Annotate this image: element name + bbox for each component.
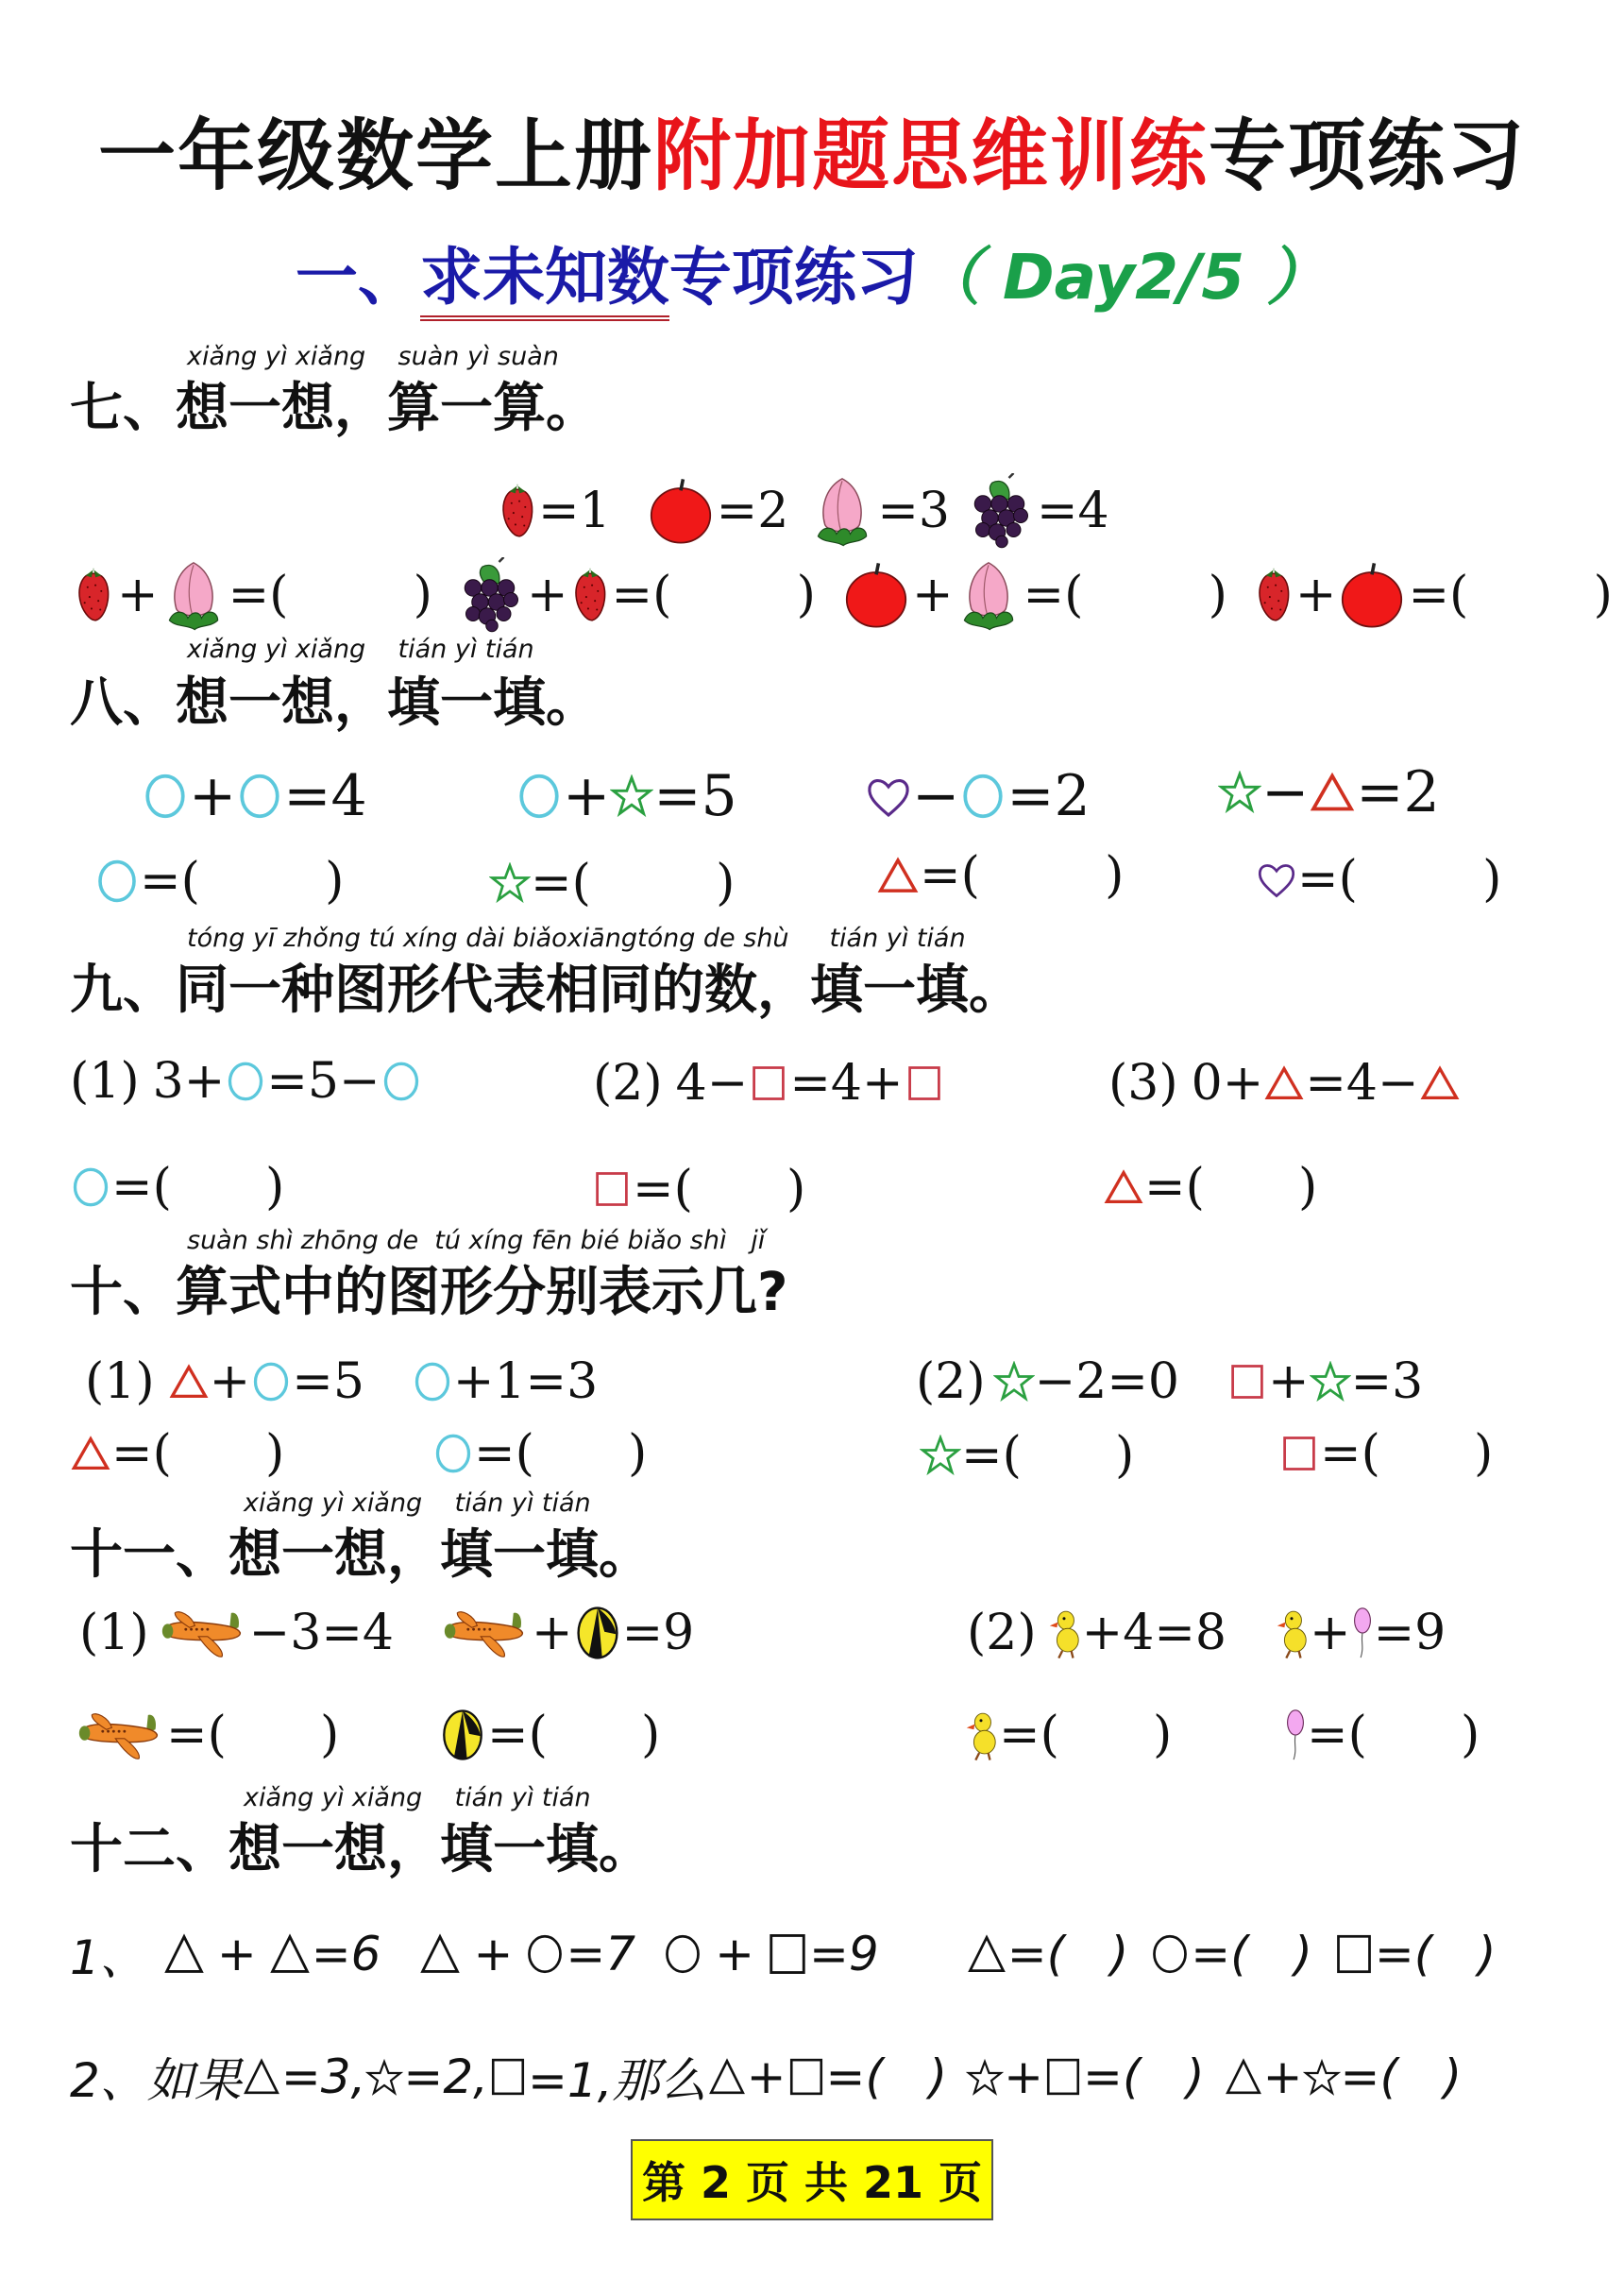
legend-value: =1 [538,483,611,539]
answer-blank[interactable]: =( ) [1083,2049,1205,2104]
operator: + [1268,1353,1310,1410]
page-title: 一年级数学上册附加题思维训练专项练习 [0,94,1624,205]
star-icon [1303,2058,1341,2096]
circle-icon [959,773,1007,820]
expression: =4− [1305,1055,1418,1112]
circle-icon [412,1361,453,1402]
triangle-icon [876,854,920,897]
expression: =4+ [789,1055,903,1112]
circle-icon [516,773,563,820]
circle-icon [381,1061,422,1102]
expression: 0+ [1192,1055,1264,1112]
operator: + [532,1605,573,1661]
answer-blank[interactable]: =( ) [228,567,432,623]
given-value: =1,那么 [528,2043,707,2111]
peach-icon [159,558,228,632]
section-10-answer-circle: =( ) [432,1420,647,1487]
airplane-icon [76,1706,166,1764]
legend-value: =4 [1037,483,1109,539]
strawberry-icon [568,566,612,624]
square-icon [1226,1361,1268,1402]
answer-blank[interactable]: =( ) [1297,851,1501,908]
problem-label: (2) [916,1353,986,1410]
section-10-problem-1: (1) + =5 +1=3 [85,1349,598,1415]
operator: + [189,763,236,829]
answer-blank[interactable]: =( ) [961,1427,1134,1484]
title-highlight: 附加题思维训练 [653,111,1209,201]
heart-icon [865,773,912,820]
result: =7 [566,1927,635,1981]
section-7-heading: 七、想一想，算一算。 [70,366,599,442]
star-icon [1218,771,1261,814]
circle-icon [142,773,189,820]
answer-blank[interactable]: =( ) [1375,1927,1497,1981]
given-value: =3, [281,2049,366,2104]
subtitle-rest: 专项练习 [669,241,919,314]
section-10-problem-2: (2) −2=0 + =3 [916,1349,1423,1415]
operator: + [1004,2049,1043,2104]
peach-icon [954,558,1023,632]
section-8-pinyin: xiǎng yì xiǎng tián yì tián [187,635,534,664]
subtitle-underlined: 求未知数 [420,241,669,321]
section-7-problems: + =( ) + =( ) + =( ) + =( ) [70,557,1613,633]
answer-blank[interactable]: =( ) [111,1425,284,1482]
circle-icon [662,1933,703,1975]
triangle-icon [418,1932,462,1976]
title-part-2: 专项练习 [1209,111,1526,201]
answer-blank[interactable]: =( ) [1023,567,1227,623]
section-8-answer-circle: =( ) [94,848,344,914]
square-icon [1333,1932,1375,1976]
square-icon [748,1062,789,1104]
apple-icon [840,561,912,629]
answer-blank[interactable]: =( ) [826,2049,948,2104]
section-11-answer-airplane: =( ) [76,1702,339,1768]
triangle-icon [268,1932,312,1976]
airplane-icon [441,1604,532,1662]
section-8-answer-star: =( ) [489,850,735,916]
answer-blank[interactable]: =( ) [1408,567,1612,623]
answer-blank[interactable]: =( ) [999,1707,1172,1763]
section-9-answer-square: =( ) [591,1156,805,1222]
answer-blank[interactable]: =( ) [166,1707,339,1763]
answer-blank[interactable]: =( ) [1307,1707,1480,1763]
answer-blank[interactable]: =( ) [487,1707,660,1763]
triangle-icon [162,1932,206,1976]
triangle-icon [966,1933,1007,1975]
operator: + [527,567,568,623]
triangle-icon [242,2056,281,2098]
square-icon [904,1062,945,1104]
section-8-answer-heart: =( ) [1256,846,1501,912]
operator: + [1295,567,1337,623]
peach-icon [807,474,877,548]
answer-blank[interactable]: =( ) [140,853,344,909]
star-icon [920,1435,961,1476]
answer-blank[interactable]: =( ) [111,1159,284,1215]
expression: =5− [266,1053,380,1110]
result: =5 [653,763,736,829]
apple-icon [1336,561,1408,629]
ball-icon [438,1708,487,1762]
strawberry-icon [70,566,117,624]
section-10-answer-star: =( ) [920,1422,1134,1488]
expression: +1=3 [453,1353,598,1410]
answer-blank[interactable]: =( ) [474,1425,647,1482]
result: =6 [312,1927,381,1981]
square-icon [1278,1433,1320,1474]
problem-number: 1、 [70,1920,147,1988]
result: =9 [1374,1605,1446,1661]
operator: + [210,1353,251,1410]
expression: −2=0 [1035,1353,1179,1410]
balloon-icon [1351,1606,1374,1659]
circle-icon [225,1061,266,1102]
result: =9 [622,1605,695,1661]
circle-icon [94,858,140,904]
subtitle-day: （ Day2/5 ） [919,241,1328,314]
triangle-icon [1224,2056,1263,2098]
legend-value: =2 [717,483,789,539]
section-12-line-1: 1、 + =6 + =7 + =9 =( ) =( ) =( ) [70,1921,1496,1987]
duck-icon [963,1707,999,1763]
star-icon [365,2058,403,2096]
section-11-answer-balloon: =( ) [1284,1702,1480,1768]
circle-icon [1149,1933,1191,1975]
circle-icon [524,1933,566,1975]
section-9-heading: 九、同一种图形代表相同的数，填一填。 [70,948,1022,1024]
airplane-icon [159,1604,249,1662]
operator: − [1261,759,1309,825]
section-8-equation-2: + =5 [516,763,737,829]
triangle-icon [1309,769,1356,816]
operator: + [206,1927,268,1981]
problem-label: (3) [1108,1055,1178,1112]
duck-icon [1274,1605,1310,1661]
legend-value: =3 [877,483,950,539]
duck-icon [1046,1605,1082,1661]
title-part-1: 一年级数学上册 [98,111,653,201]
square-icon [488,2055,528,2099]
answer-blank[interactable]: =( ) [1341,2049,1463,2104]
grapes-icon [457,557,527,633]
section-9-answer-triangle: =( ) [1103,1154,1317,1220]
triangle-icon [70,1433,111,1474]
section-9-problem-2: (2) 4− =4+ [593,1050,945,1116]
apple-icon [645,477,717,545]
page-subtitle: 一、求未知数专项练习（ Day2/5 ） [0,227,1624,316]
strawberry-icon [497,482,538,540]
expression: +4=8 [1082,1605,1226,1661]
section-9-problem-1: (1) 3+ =5− [70,1048,422,1114]
operator: + [117,567,159,623]
section-10-answer-square: =( ) [1278,1420,1493,1487]
balloon-icon [1284,1708,1307,1761]
problem-label: (1) [79,1605,149,1661]
square-icon [591,1168,633,1210]
result: =5 [292,1353,364,1410]
star-icon [966,2058,1004,2096]
result: =4 [283,763,366,829]
section-8-equation-4: − =2 [1218,759,1440,825]
triangle-icon [707,2056,747,2098]
operator: − [912,763,959,829]
section-11-answer-duck: =( ) [963,1702,1172,1768]
problem-label: (1) [85,1353,155,1410]
square-icon [1043,2055,1083,2099]
operator: + [1310,1605,1351,1661]
problem-label: (1) [70,1053,140,1110]
section-11-problem-1: (1) −3=4 + =9 [79,1600,694,1666]
section-7-legend: =1 =2 =3 =4 [497,478,1109,544]
triangle-icon [1419,1062,1461,1104]
problem-number: 2、如果 [70,2043,242,2111]
answer-blank[interactable]: =( ) [1007,1927,1129,1981]
result: =2 [1356,759,1439,825]
subtitle-prefix: 一、 [296,241,420,314]
operator: + [462,1927,524,1981]
operator: + [703,1927,766,1981]
result: =3 [1351,1353,1424,1410]
ball-icon [573,1605,622,1661]
section-8-equation-1: + =4 [142,763,367,829]
section-8-equation-3: − =2 [865,763,1091,829]
problem-label: (2) [593,1055,663,1112]
section-12-heading: 十二、想一想，填一填。 [70,1808,651,1883]
section-12-line-2: 2、如果 =3, =2, =1,那么 + =( ) + =( ) + =( ) [70,2044,1462,2110]
section-10-answer-triangle: =( ) [70,1420,284,1487]
section-9-answer-circle: =( ) [70,1154,284,1220]
answer-blank[interactable]: =( ) [633,1161,805,1217]
section-8-heading: 八、想一想，填一填。 [70,661,599,737]
star-icon [993,1361,1035,1402]
operator: + [1263,2049,1303,2104]
result: =2 [1007,763,1090,829]
section-9-problem-3: (3) 0+ =4− [1108,1050,1461,1116]
section-8-answer-triangle: =( ) [876,842,1124,909]
star-icon [489,862,531,904]
page-indicator: 第 2 页 共 21 页 [631,2139,993,2220]
heart-icon [1256,858,1297,900]
section-11-problem-2: (2) +4=8 + =9 [967,1600,1446,1666]
operator: + [747,2049,787,2104]
answer-blank[interactable]: =( ) [1144,1159,1317,1215]
star-icon [1310,1361,1351,1402]
circle-icon [250,1361,292,1402]
section-11-heading: 十一、想一想，填一填。 [70,1513,651,1589]
answer-blank[interactable]: =( ) [531,855,735,911]
answer-blank[interactable]: =( ) [612,567,816,623]
section-10-heading: 十、算式中的图形分别表示几? [70,1250,787,1326]
circle-icon [432,1433,474,1474]
given-value: =2, [403,2049,488,2104]
triangle-icon [168,1361,210,1402]
strawberry-icon [1252,566,1295,624]
grapes-icon [967,473,1037,549]
expression: −3=4 [249,1605,394,1661]
operator: + [563,763,610,829]
expression: 4− [676,1055,749,1112]
problem-label: (2) [967,1605,1037,1661]
star-icon [610,774,653,818]
section-11-answer-ball: =( ) [438,1702,660,1768]
square-icon [766,1931,809,1977]
circle-icon [70,1166,111,1208]
square-icon [787,2055,826,2099]
operator: + [912,567,954,623]
triangle-icon [1263,1062,1305,1104]
circle-icon [236,773,283,820]
expression: 3+ [153,1053,226,1110]
answer-blank[interactable]: =( ) [920,847,1124,904]
answer-blank[interactable]: =( ) [1320,1425,1493,1482]
result: =9 [809,1927,879,1981]
triangle-icon [1103,1166,1144,1208]
answer-blank[interactable]: =( ) [1191,1927,1312,1981]
